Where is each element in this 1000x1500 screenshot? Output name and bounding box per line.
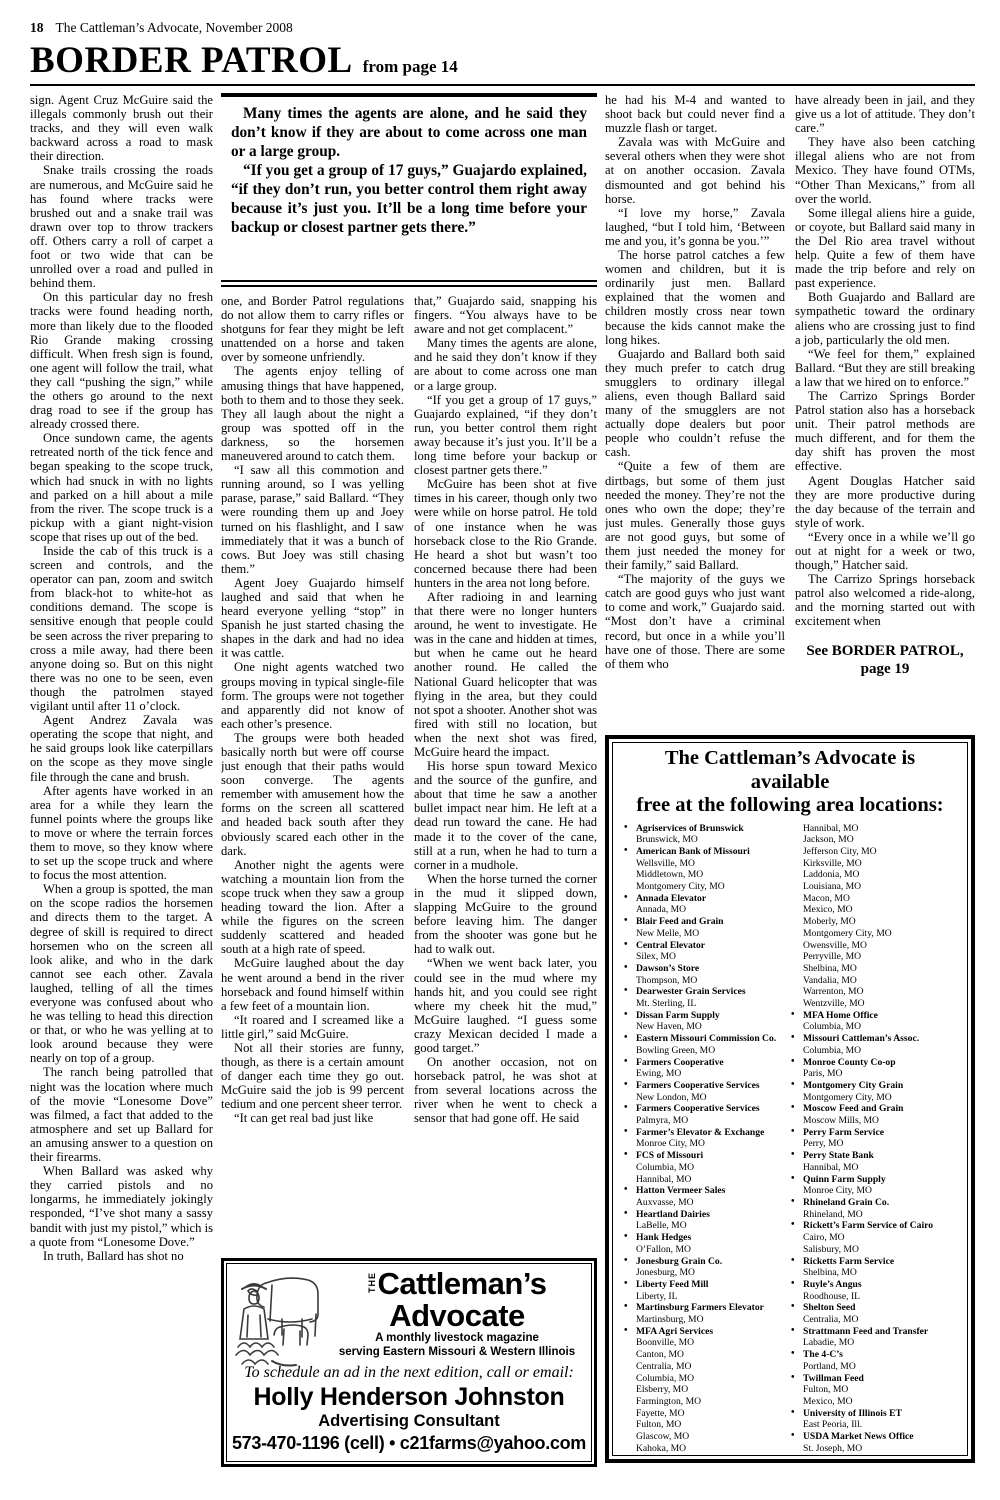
- location-line: Annada, MO: [623, 904, 790, 916]
- location-line: FCS of Missouri: [623, 1150, 790, 1162]
- right-region: he had his M-4 and wanted to shoot back …: [605, 93, 975, 1467]
- location-line: Montgomery City, MO: [623, 881, 790, 893]
- article-headline: BORDER PATROL: [30, 42, 353, 79]
- middle-region: Many times the agents are alone, and he …: [221, 93, 597, 1467]
- paragraph: “If you get a group of 17 guys,” Guajard…: [414, 393, 597, 478]
- location-line: Paris, MO: [790, 1068, 957, 1080]
- location-line: Portland, MO: [790, 1361, 957, 1373]
- paragraph: Some illegal aliens hire a guide, or coy…: [795, 206, 975, 291]
- paragraph: “It roared and I screamed like a little …: [221, 1013, 404, 1041]
- location-line: Shelton Seed: [790, 1302, 957, 1314]
- location-line: Wentzville, MO: [790, 998, 957, 1010]
- location-line: Twillman Feed: [790, 1373, 957, 1385]
- column-gap: [785, 93, 795, 729]
- paragraph: Once sundown came, the agents retreated …: [30, 431, 213, 544]
- location-line: Columbia, MO: [790, 1021, 957, 1033]
- location-line: Cairo, MO: [790, 1232, 957, 1244]
- location-line: Martinsburg, MO: [623, 1314, 790, 1326]
- location-line: Farmington, MO: [623, 1396, 790, 1408]
- article-column-4: he had his M-4 and wanted to shoot back …: [605, 93, 785, 729]
- location-line: Jonesburg, MO: [623, 1267, 790, 1279]
- ad-tagline-line1: A monthly livestock magazine: [323, 1332, 591, 1346]
- paragraph: Snake trails crossing the roads are nume…: [30, 163, 213, 290]
- paragraph: sign. Agent Cruz McGuire said the illega…: [30, 93, 213, 163]
- location-line: Shelbina, MO: [790, 1267, 957, 1279]
- paragraph: McGuire laughed about the day he went ar…: [221, 956, 404, 1012]
- location-line: Warrenton, MO: [790, 986, 957, 998]
- paragraph: Another night the agents were watching a…: [221, 858, 404, 957]
- location-line: Hannibal, MO: [790, 823, 957, 835]
- ad-the-label: THE: [367, 1272, 377, 1293]
- location-line: Montgomery City, MO: [790, 928, 957, 940]
- pull-quote-paragraph: Many times the agents are alone, and he …: [231, 104, 587, 161]
- location-line: Moberly, MO: [790, 916, 957, 928]
- location-line: Thompson, MO: [623, 975, 790, 987]
- location-line: Dawson’s Store: [623, 963, 790, 975]
- advertisement-box: THE Cattleman’s Advocate A monthly lives…: [221, 1258, 597, 1467]
- middle-columns: one, and Border Patrol regulations do no…: [221, 294, 597, 1252]
- paragraph: On another occasion, not on horseback pa…: [414, 1055, 597, 1125]
- paragraph: When a group is spotted, the man on the …: [30, 882, 213, 1065]
- location-line: Farmers Cooperative Services: [623, 1103, 790, 1115]
- location-line: Jefferson City, MO: [790, 846, 957, 858]
- paragraph: The horse patrol catches a few women and…: [605, 248, 785, 347]
- page-header: 18The Cattleman’s Advocate, November 200…: [30, 20, 975, 36]
- column-gap: [597, 93, 605, 1467]
- location-line: MFA Home Office: [790, 1010, 957, 1022]
- paragraph: Guajardo and Ballard both said they much…: [605, 347, 785, 460]
- paragraph: One night agents watched two groups movi…: [221, 660, 404, 730]
- location-line: Strattmann Feed and Transfer: [790, 1326, 957, 1338]
- location-line: Dissan Farm Supply: [623, 1010, 790, 1022]
- location-line: Liberty, IL: [623, 1291, 790, 1303]
- paragraph: The groups were both headed basically no…: [221, 731, 404, 858]
- location-line: O’Fallon, MO: [623, 1244, 790, 1256]
- ad-tagline-line2: serving Eastern Missouri & Western Illin…: [323, 1346, 591, 1360]
- location-line: Moscow Mills, MO: [790, 1115, 957, 1127]
- location-line: American Bank of Missouri: [623, 846, 790, 858]
- location-line: MFA Agri Services: [623, 1326, 790, 1338]
- location-line: Hank Hedges: [623, 1232, 790, 1244]
- column-gap: [213, 93, 221, 1467]
- locations-title-line1: The Cattleman’s Advocate is available: [623, 747, 957, 794]
- location-line: Mt. Sterling, IL: [623, 998, 790, 1010]
- paragraph: that,” Guajardo said, snapping his finge…: [414, 294, 597, 336]
- location-line: Auxvasse, MO: [623, 1197, 790, 1209]
- location-line: Hatton Vermeer Sales: [623, 1185, 790, 1197]
- location-line: Columbia, MO: [790, 1045, 957, 1057]
- location-line: Blair Feed and Grain: [623, 916, 790, 928]
- paragraph: When the horse turned the corner in the …: [414, 872, 597, 957]
- location-line: Ruyle’s Angus: [790, 1279, 957, 1291]
- location-line: Monroe County Co-op: [790, 1057, 957, 1069]
- location-line: Boonville, MO: [623, 1337, 790, 1349]
- location-line: Palmyra, MO: [623, 1115, 790, 1127]
- paragraph: “I saw all this commotion and running ar…: [221, 463, 404, 576]
- column-gap: [404, 294, 414, 1252]
- location-line: Salisbury, MO: [790, 1244, 957, 1256]
- location-line: Silex, MO: [623, 951, 790, 963]
- location-line: Vandalia, MO: [790, 975, 957, 987]
- location-line: Mexico, MO: [790, 904, 957, 916]
- pull-quote-paragraph: “If you get a group of 17 guys,” Guajard…: [231, 161, 587, 237]
- location-line: Montgomery City, MO: [790, 1092, 957, 1104]
- paragraph: “Every once in a while we’ll go out at n…: [795, 530, 975, 572]
- paragraph: The Carrizo Springs Border Patrol statio…: [795, 389, 975, 474]
- location-line: Rhineland, MO: [790, 1209, 957, 1221]
- location-line: Bowling Green, MO: [623, 1045, 790, 1057]
- location-line: University of Illinois ET: [790, 1408, 957, 1420]
- paragraph: McGuire has been shot at five times in h…: [414, 477, 597, 590]
- paragraph: On this particular day no fresh tracks w…: [30, 290, 213, 431]
- locations-left-column: Agriservices of BrunswickBrunswick, MOAm…: [623, 823, 790, 1455]
- location-line: Jackson, MO: [790, 834, 957, 846]
- location-line: Rhineland Grain Co.: [790, 1197, 957, 1209]
- location-line: Wellsville, MO: [623, 858, 790, 870]
- location-line: Macon, MO: [790, 893, 957, 905]
- ad-title-line1: Cattleman’s: [377, 1268, 546, 1300]
- location-line: Labadie, MO: [790, 1337, 957, 1349]
- headline-rule: [30, 84, 975, 86]
- location-line: Moscow Feed and Grain: [790, 1103, 957, 1115]
- paragraph: “We feel for them,” explained Ballard. “…: [795, 347, 975, 389]
- location-line: Montgomery City Grain: [790, 1080, 957, 1092]
- paragraph: After radioing in and learning that ther…: [414, 590, 597, 759]
- location-line: Perry, MO: [790, 1138, 957, 1150]
- locations-columns: Agriservices of BrunswickBrunswick, MOAm…: [623, 823, 957, 1455]
- location-line: Agriservices of Brunswick: [623, 823, 790, 835]
- location-line: Brunswick, MO: [623, 834, 790, 846]
- location-line: Kahoka, MO: [623, 1443, 790, 1455]
- location-line: Perry Farm Service: [790, 1127, 957, 1139]
- ad-contact-name: Holly Henderson Johnston: [227, 1384, 591, 1411]
- paragraph: “Quite a few of them are dirtbags, but s…: [605, 459, 785, 572]
- article-column-5: have already been in jail, and they give…: [795, 93, 975, 729]
- location-line: Jonesburg Grain Co.: [623, 1256, 790, 1268]
- location-line: Fayette, MO: [623, 1408, 790, 1420]
- locations-right-column: Hannibal, MOJackson, MOJefferson City, M…: [790, 823, 957, 1455]
- publication-line: The Cattleman’s Advocate, November 2008: [56, 20, 293, 35]
- location-line: Monroe City, MO: [623, 1138, 790, 1150]
- location-line: East Peoria, Ill.: [790, 1419, 957, 1431]
- advertisement-inner: THE Cattleman’s Advocate A monthly lives…: [226, 1263, 592, 1462]
- location-line: Perryville, MO: [790, 951, 957, 963]
- location-line: Louisiana, MO: [790, 881, 957, 893]
- paragraph: Agent Andrez Zavala was operating the sc…: [30, 713, 213, 783]
- paragraph: Many times the agents are alone, and he …: [414, 336, 597, 392]
- continued-from-label: from page 14: [363, 57, 458, 77]
- location-line: Hannibal, MO: [790, 1162, 957, 1174]
- location-line: USDA Market News Office: [790, 1431, 957, 1443]
- location-line: Columbia, MO: [623, 1373, 790, 1385]
- page-number: 18: [30, 20, 44, 35]
- paragraph: Zavala was with McGuire and several othe…: [605, 135, 785, 205]
- newspaper-page: 18The Cattleman’s Advocate, November 200…: [0, 0, 1000, 1500]
- location-line: New Melle, MO: [623, 928, 790, 940]
- paragraph: Inside the cab of this truck is a screen…: [30, 544, 213, 713]
- paragraph: Both Guajardo and Ballard are sympatheti…: [795, 290, 975, 346]
- location-line: Fulton, MO: [790, 1384, 957, 1396]
- location-line: Eastern Missouri Commission Co.: [623, 1033, 790, 1045]
- paragraph: one, and Border Patrol regulations do no…: [221, 294, 404, 364]
- paragraph: His horse spun toward Mexico and the sou…: [414, 759, 597, 872]
- location-line: Farmer’s Elevator & Exchange: [623, 1127, 790, 1139]
- right-columns: he had his M-4 and wanted to shoot back …: [605, 93, 975, 729]
- paragraph: After agents have worked in an area for …: [30, 784, 213, 883]
- location-line: Owensville, MO: [790, 940, 957, 952]
- location-line: Heartland Dairies: [623, 1209, 790, 1221]
- location-line: Central Elevator: [623, 940, 790, 952]
- cattle-illustration: [232, 1269, 324, 1373]
- article-column-3: that,” Guajardo said, snapping his finge…: [414, 294, 597, 1252]
- location-line: Dearwester Grain Services: [623, 986, 790, 998]
- location-line: Columbia, MO: [623, 1162, 790, 1174]
- location-line: Shelbina, MO: [790, 963, 957, 975]
- location-line: St. Joseph, MO: [790, 1443, 957, 1455]
- location-line: Glascow, MO: [623, 1431, 790, 1443]
- location-line: LaBelle, MO: [623, 1220, 790, 1232]
- ad-title-block: THE Cattleman’s: [323, 1264, 591, 1300]
- location-line: Kirksville, MO: [790, 858, 957, 870]
- location-line: New Haven, MO: [623, 1021, 790, 1033]
- location-line: Ricketts Farm Service: [790, 1256, 957, 1268]
- location-line: Fulton, MO: [623, 1419, 790, 1431]
- headline-row: BORDER PATROL from page 14: [30, 42, 975, 79]
- paragraph: “It can get real bad just like: [221, 1111, 404, 1125]
- paragraph: “The majority of the guys we catch are g…: [605, 572, 785, 671]
- continued-to-notice: See BORDER PATROL, page 19: [795, 642, 975, 678]
- location-line: Centralia, MO: [623, 1361, 790, 1373]
- article-body: sign. Agent Cruz McGuire said the illega…: [30, 93, 975, 1467]
- location-line: Roodhouse, IL: [790, 1291, 957, 1303]
- locations-box-inner: The Cattleman’s Advocate is available fr…: [612, 742, 968, 1456]
- ad-contact-info: 573-470-1196 (cell) • c21farms@yahoo.com: [227, 1433, 591, 1454]
- location-line: Quinn Farm Supply: [790, 1174, 957, 1186]
- location-line: Annada Elevator: [623, 893, 790, 905]
- paragraph: “I love my horse,” Zavala laughed, “but …: [605, 206, 785, 248]
- location-line: Hannibal, MO: [623, 1174, 790, 1186]
- paragraph: Not all their stories are funny, though,…: [221, 1041, 404, 1111]
- location-line: Missouri Cattleman’s Assoc.: [790, 1033, 957, 1045]
- paragraph: The agents enjoy telling of amusing thin…: [221, 364, 404, 463]
- paragraph: he had his M-4 and wanted to shoot back …: [605, 93, 785, 135]
- location-line: Elsberry, MO: [623, 1384, 790, 1396]
- location-line: Perry State Bank: [790, 1150, 957, 1162]
- location-line: Middletown, MO: [623, 869, 790, 881]
- paragraph: “When we went back later, you could see …: [414, 956, 597, 1055]
- location-line: Centralia, MO: [790, 1314, 957, 1326]
- ad-contact-title: Advertising Consultant: [227, 1412, 591, 1431]
- location-line: The 4-C’s: [790, 1349, 957, 1361]
- ad-title-line2: Advocate: [323, 1300, 591, 1332]
- paragraph: The Carrizo Springs horseback patrol als…: [795, 572, 975, 628]
- pull-quote-box: Many times the agents are alone, and he …: [221, 93, 597, 287]
- paragraph: The ranch being patrolled that night was…: [30, 1065, 213, 1164]
- paragraph: Agent Douglas Hatcher said they are more…: [795, 474, 975, 530]
- location-line: Farmers Cooperative: [623, 1057, 790, 1069]
- locations-box: The Cattleman’s Advocate is available fr…: [605, 735, 975, 1463]
- locations-title-line2: free at the following area locations:: [623, 794, 957, 818]
- location-line: Farmers Cooperative Services: [623, 1080, 790, 1092]
- location-line: Liberty Feed Mill: [623, 1279, 790, 1291]
- location-line: Ewing, MO: [623, 1068, 790, 1080]
- paragraph: When Ballard was asked why they carried …: [30, 1164, 213, 1249]
- paragraph: They have also been catching illegal ali…: [795, 135, 975, 205]
- location-line: Laddonia, MO: [790, 869, 957, 881]
- location-line: New London, MO: [623, 1092, 790, 1104]
- location-line: Mexico, MO: [790, 1396, 957, 1408]
- paragraph: Agent Joey Guajardo himself laughed and …: [221, 576, 404, 661]
- location-line: Martinsburg Farmers Elevator: [623, 1302, 790, 1314]
- paragraph: In truth, Ballard has shot no: [30, 1249, 213, 1263]
- article-column-1: sign. Agent Cruz McGuire said the illega…: [30, 93, 213, 1455]
- column-5-paragraphs: have already been in jail, and they give…: [795, 93, 975, 629]
- paragraph: have already been in jail, and they give…: [795, 93, 975, 135]
- location-line: Monroe City, MO: [790, 1185, 957, 1197]
- article-column-2: one, and Border Patrol regulations do no…: [221, 294, 404, 1252]
- location-line: Canton, MO: [623, 1349, 790, 1361]
- location-line: Rickett’s Farm Service of Cairo: [790, 1220, 957, 1232]
